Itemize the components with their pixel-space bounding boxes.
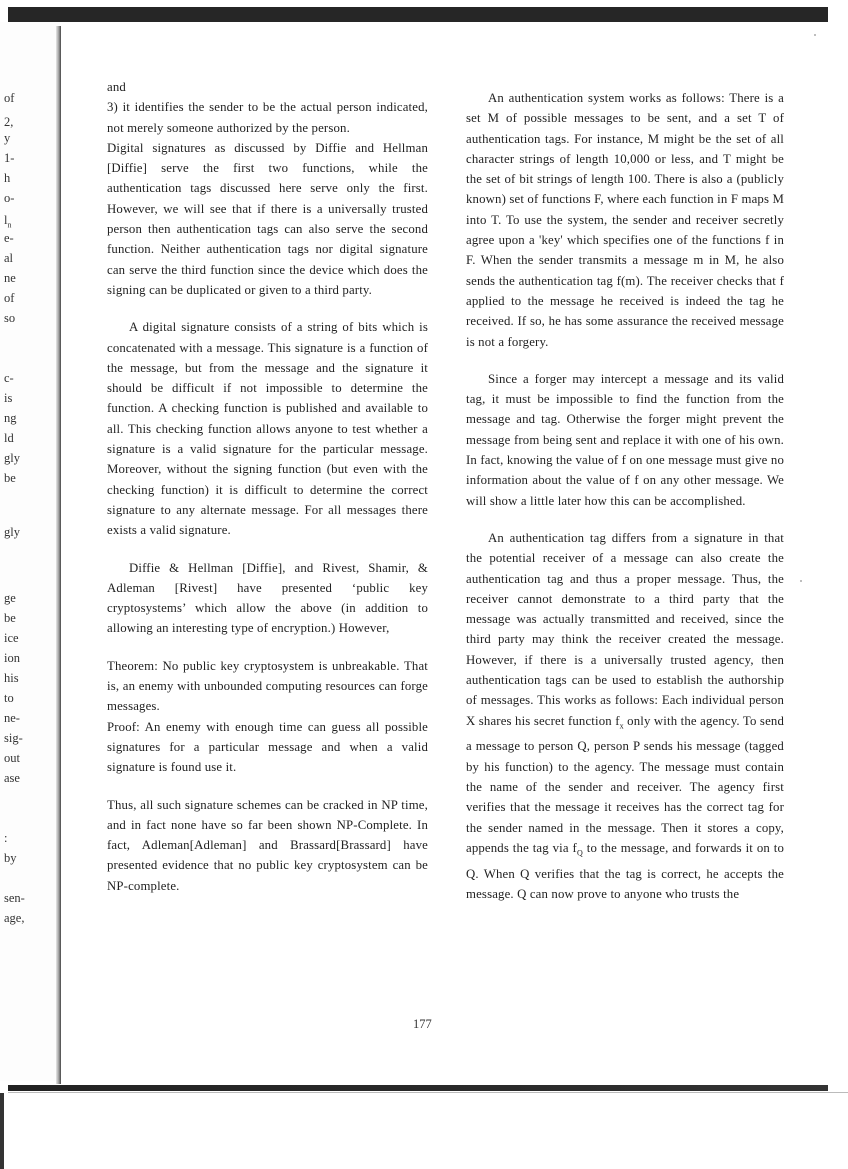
margin-fragment: gly — [4, 448, 20, 468]
margin-fragment: is — [4, 388, 12, 408]
margin-fragment: be — [4, 608, 16, 628]
scan-bottom-line — [8, 1092, 848, 1093]
book-spine-shadow — [56, 26, 61, 1084]
paragraph-public-key-cryptosystems: Diffie & Hellman [Diffie], and Rivest, S… — [107, 558, 428, 639]
margin-fragment: al — [4, 248, 13, 268]
scan-top-edge-bar — [8, 7, 828, 22]
margin-fragment: out — [4, 748, 20, 768]
paragraph-authentication-tag-differs: An authentication tag differs from a sig… — [466, 528, 784, 904]
left-text-column: and 3) it identifies the sender to be th… — [107, 77, 428, 896]
scan-bottom-edge-bar — [8, 1085, 828, 1091]
margin-fragment: ion — [4, 648, 20, 668]
scan-speck — [814, 34, 816, 36]
paragraph-np-complete: Thus, all such signature schemes can be … — [107, 795, 428, 896]
margin-fragment: ld — [4, 428, 14, 448]
margin-fragment: y — [4, 128, 10, 148]
margin-fragment: ne — [4, 268, 16, 288]
paragraph-digital-signatures-diffie: Digital signatures as discussed by Diffi… — [107, 138, 428, 300]
margin-fragment: age, — [4, 908, 24, 928]
paragraph-and: and — [107, 77, 428, 97]
margin-fragment: o- — [4, 188, 14, 208]
paragraph-digital-signature-definition: A digital signature consists of a string… — [107, 317, 428, 540]
margin-fragment: to — [4, 688, 14, 708]
margin-fragment: ge — [4, 588, 16, 608]
page-number: 177 — [413, 1017, 432, 1032]
margin-fragment: ice — [4, 628, 19, 648]
margin-fragment: ne- — [4, 708, 20, 728]
margin-fragment: ng — [4, 408, 17, 428]
margin-fragment: be — [4, 468, 16, 488]
margin-fragment: h — [4, 168, 10, 188]
margin-fragment: ase — [4, 768, 20, 788]
paragraph-authentication-system: An authentication system works as follow… — [466, 88, 784, 352]
proof-statement: Proof: An enemy with enough time can gue… — [107, 717, 428, 778]
margin-fragment: c- — [4, 368, 14, 388]
margin-fragment: of — [4, 288, 14, 308]
right-text-column: An authentication system works as follow… — [466, 88, 784, 904]
scan-left-edge — [0, 1093, 4, 1169]
margin-fragment: sen- — [4, 888, 25, 908]
margin-fragment: so — [4, 308, 15, 328]
theorem-statement: Theorem: No public key cryptosystem is u… — [107, 656, 428, 717]
paragraph-forger-intercept: Since a forger may intercept a message a… — [466, 369, 784, 511]
margin-fragment: e- — [4, 228, 14, 248]
margin-fragment: his — [4, 668, 19, 688]
margin-fragment: sig- — [4, 728, 23, 748]
paragraph-third-function: 3) it identifies the sender to be the ac… — [107, 97, 428, 138]
scan-speck — [800, 580, 802, 582]
margin-fragment: by — [4, 848, 17, 868]
margin-fragment: gly — [4, 522, 20, 542]
margin-fragment: : — [4, 828, 7, 848]
margin-fragment: 1- — [4, 148, 14, 168]
margin-fragment: of — [4, 88, 14, 108]
